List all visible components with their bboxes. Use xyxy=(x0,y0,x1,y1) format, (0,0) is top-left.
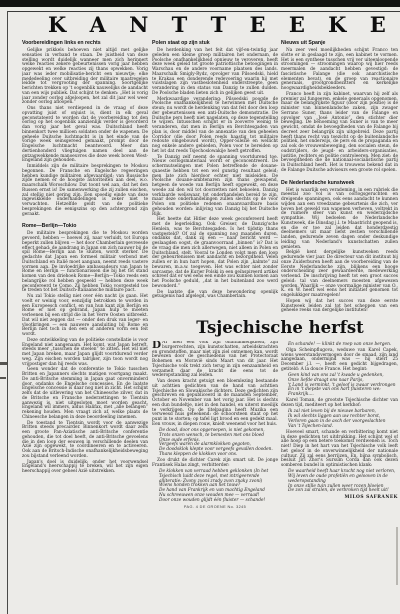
paragraph: Merkwaardige verandering: Pilsoedski poo… xyxy=(152,98,278,155)
scan-artifact xyxy=(396,527,398,585)
paragraph: Nu zal Tokio stellig niet over één nacht… xyxy=(22,295,148,338)
paragraph: Het heette dat Hitler deze week geconfer… xyxy=(152,218,278,289)
paragraph: Olga Scheinpflugova, weduwe van Karel Ca… xyxy=(281,349,398,373)
paragraph: Gelijke prikkels behoeven niet altijd me… xyxy=(22,49,148,106)
author-signature: MILOS SAFRANEK xyxy=(281,496,398,501)
poem-stanza: Geen kind van ons zal 't kwade u gedenke… xyxy=(288,374,398,398)
paragraph: Te Danzig zelf neemt de spanning voortdu… xyxy=(152,156,278,218)
paragraph: Geen wonder dat de conferentie te Tokio … xyxy=(22,368,148,420)
paragraph: De herdenking van het feit dat vijf-en-t… xyxy=(152,49,278,97)
paragraph: De militaire besprekingen die te Moskou … xyxy=(22,232,148,294)
feature-column-left: DAT men een volk zijn onafhankelijkheid,… xyxy=(152,341,278,502)
paragraph: Franco heeft in zijn kabinet, waarvan hi… xyxy=(281,93,398,174)
paragraph: De toestand te Tientsin wordt voor de aa… xyxy=(22,422,148,460)
poem-stanza: En schande! — klinkt de roep van onze be… xyxy=(288,343,398,348)
paragraph: Het is waarlijk een verademing, in een r… xyxy=(281,189,398,251)
column-left: Voorbereidingen links en rechts Gelijke … xyxy=(22,40,148,518)
paragraph: Inmiddels zijn de militaire besprekingen… xyxy=(22,165,148,217)
article-heading-kunstweek: De Nederlandsche kunstweek xyxy=(281,180,398,186)
feature-body-left: DAT men een volk zijn onafhankelijkheid,… xyxy=(152,341,278,502)
paragraph: België kent dergelijke kunstweken reeds … xyxy=(281,251,398,299)
article-body-kunstweek: Het is waarlijk een verademing, in een r… xyxy=(281,189,398,315)
article-heading-rome-berlijn-tokio: Rome—Berlijn—Tokio xyxy=(22,223,148,229)
paragraph: Japan's doel is duidelijk: onder het voo… xyxy=(22,461,148,475)
poem-stanza: De waarheid heeft haar kracht nog niet v… xyxy=(288,470,398,494)
column-middle: Polen staat op zijn stuk De herdenking v… xyxy=(152,40,278,321)
article-body-polen: De herdenking van het feit dat vijf-en-t… xyxy=(152,49,278,300)
paragraph: Van dezen kracht getuigt een bloemlezing… xyxy=(152,380,278,428)
page-footer: PAG. 4 DE GROENE No. 3245 xyxy=(152,505,278,509)
scan-artifact xyxy=(0,377,6,379)
poem-stanza: Ik zal niet leven bij de nieuwe barbaren… xyxy=(288,410,398,429)
column-right: Nieuws uit Spanje Na zeer veel moeilijkh… xyxy=(281,40,398,322)
paragraph: Ons thans niet verdiepend in de vraag of… xyxy=(22,107,148,164)
paragraph: Deze ontwikkeling van de politieke const… xyxy=(22,339,148,368)
article-heading-voorbereidingen: Voorbereidingen links en rechts xyxy=(22,40,148,46)
scan-border-top xyxy=(0,0,400,7)
feature-body-right: En schande! — klinkt de roep van onze be… xyxy=(281,343,398,495)
paragraph: Na zeer veel moeilijkheden schijnt Franc… xyxy=(281,49,398,92)
page-title: K A N T T E E K E N I N G E N xyxy=(48,12,396,37)
paragraph: Zoo drukt de dichter Carek zijn smart ui… xyxy=(152,459,278,469)
frame-line-left xyxy=(7,11,8,614)
article-heading-spanje: Nieuws uit Spanje xyxy=(281,40,398,46)
article-body-voorbereidingen: Gelijke prikkels behoeven niet altijd me… xyxy=(22,49,148,217)
poem-stanza: De klokken van verraad hebben geklonken … xyxy=(159,470,278,502)
article-body-rome-berlijn-tokio: De militaire besprekingen die te Moskou … xyxy=(22,232,148,475)
scan-artifact xyxy=(0,362,7,365)
feature-column-right: En schande! — klinkt de roep van onze be… xyxy=(281,341,398,507)
article-body-spanje: Na zeer veel moeilijkheden schijnt Franc… xyxy=(281,49,398,174)
paragraph: DAT men een volk zijn onafhankelijkheid,… xyxy=(152,341,278,379)
paragraph: De laatste die van deze bewondering open… xyxy=(152,291,278,301)
feature-heading-tsjechische-herfst: Tsjechische herfst xyxy=(160,318,400,337)
article-heading-polen: Polen staat op zijn stuk xyxy=(152,40,278,46)
paragraph: Hopen wij dat het succes van deze eerste… xyxy=(281,300,398,314)
paragraph: Hoeveel smart, schande en verbittering k… xyxy=(281,431,398,469)
newspaper-page: K A N T T E E K E N I N G E N Voorbereid… xyxy=(0,0,400,614)
paragraph: Karel Toman, de grootste Tsjechische dic… xyxy=(281,399,398,409)
poem-stanza: De dood, door ons opgeroepen, is niet ge… xyxy=(159,429,278,458)
